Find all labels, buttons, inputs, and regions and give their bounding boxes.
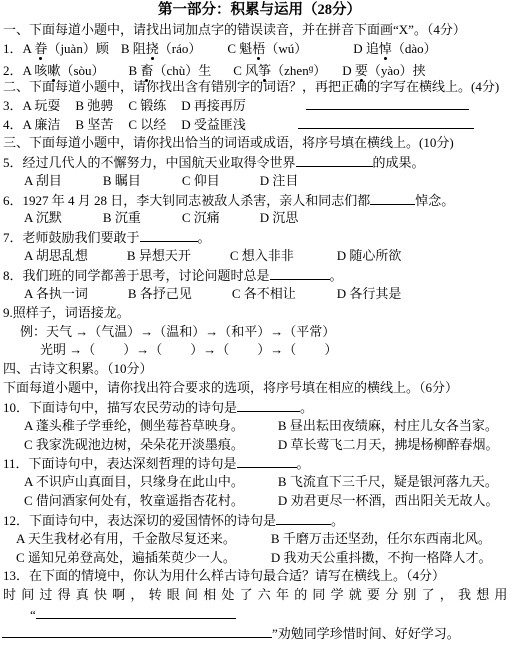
q10-stem: 10．下面诗句中，描写农民劳动的诗句是。 (0, 398, 519, 417)
text-run: B 昼出耘田夜绩麻，村庄儿女各当家。 (278, 418, 498, 433)
answer-blank (237, 398, 300, 412)
text-run: 3．A 玩耍 (3, 98, 60, 113)
text-run: 三、下面每道小题中，请你找出恰当的词语或成语，将序号填在横线上。(10分) (3, 135, 454, 150)
answer-blank (370, 191, 415, 205)
q9-stem: 9.照样子，词语接龙。 (0, 304, 519, 323)
text-run: ”劝勉同学珍惜时间、好好学习。 (272, 626, 460, 641)
q6-stem: 6．1927 年 4 月 28 日，李大钊同志被敌人杀害，亲人和同志们都悼念。 (0, 191, 519, 210)
answer-blank (296, 153, 373, 167)
text-run: D 劝君更尽一杯酒，西出阳关无故人。 (278, 493, 499, 508)
text-run: 的成果。 (373, 155, 425, 170)
text-run: C 魁 (227, 41, 252, 56)
text-run: 。 (300, 400, 313, 415)
text-run: C 遥知兄弟登高处，遍插茱萸少一人。 (16, 550, 236, 565)
text-run: D 草长莺飞二月天，拂堤杨柳醉春烟。 (278, 437, 499, 452)
spacer (105, 74, 129, 75)
text-run: （wú） (265, 41, 307, 56)
q2-options-row: 2．A 咳嗽（sòu）B 畜（chù）生C 风筝（zhenɡ）D 要（yào）挟 (0, 59, 519, 78)
spacer (246, 109, 306, 110)
text-run: 一、下面每道小题中，请找出词加点字的错误读音，并在拼音下面画“X”。（4分） (3, 22, 466, 37)
spacer (236, 561, 271, 562)
text-run: 11．下面诗句中，表达深刻哲理的诗句是 (3, 456, 237, 471)
dotted-char: 悼 (379, 40, 392, 59)
answer-blank (36, 605, 236, 619)
answer-blank (270, 266, 330, 280)
text-run: （chù）生 (153, 63, 211, 78)
text-run: 。 (331, 513, 344, 528)
spacer (229, 353, 257, 354)
answer-blank (298, 115, 474, 129)
text-run: ）→（ (257, 342, 296, 357)
q8-options: A 各执一词B 各抒己见C 各不相让D 各行其是 (0, 285, 519, 304)
exam-paper: 第一部分：积累与运用（28分） 一、下面每道小题中，请找出词加点字的错误读音，并… (0, 0, 519, 643)
text-run: D (342, 63, 355, 78)
spacer (244, 448, 278, 449)
q9-answer-row: 光明 →（）→（）→（）→（） (0, 341, 519, 360)
text-run: C 我家洗砚池边树，朵朵花开淡墨痕。 (24, 437, 244, 452)
text-run: （sòu） (60, 63, 104, 78)
dotted-char: 畜 (140, 62, 153, 81)
spacer (236, 542, 271, 543)
text-run: A 各执一词 (24, 286, 88, 301)
text-run: A 蓬头稚子学垂纶，侧坐莓苔草映身。 (24, 418, 244, 433)
text-run: 13．在下面的情境中，你认为用什么样古诗句最合适？请写在横线上。（4分） (3, 568, 445, 583)
spacer (95, 353, 123, 354)
q7-stem: 7．老师鼓励我们要敢于。 (0, 228, 519, 247)
spacer (88, 259, 127, 260)
text-run: D 随心所欲 (337, 248, 402, 263)
spacer (62, 221, 103, 222)
text-run: 悼念。 (415, 193, 454, 208)
spacer (60, 109, 75, 110)
text-run: B 瞩目 (103, 173, 141, 188)
text-run: C 风 (233, 63, 258, 78)
text-run: 。 (297, 456, 310, 471)
q12-stem: 12．下面诗句中，表达深切的爱国情怀的诗句是。 (0, 511, 519, 530)
text-run: A 不识庐山真面目，只缘身在此山中。 (24, 474, 244, 489)
spacer (296, 353, 324, 354)
spacer (191, 259, 230, 260)
text-run: 12．下面诗句中，表达深切的爱国情怀的诗句是 (3, 513, 276, 528)
text-run: 8．我们班的同学都善于思考，讨论问题时总是 (3, 268, 270, 283)
text-run: （dào） (392, 41, 437, 56)
q13-context: 时间过得真快啊，转眼间相处了六年的同学就要分别了，我想用 (0, 586, 519, 605)
text-run: B 阻 (121, 41, 146, 56)
text-run: A 天生我材必有用，千金散尽复还来。 (16, 531, 236, 546)
dotted-char: 要 (355, 62, 368, 81)
spacer (220, 221, 260, 222)
text-run: B 各抒己见 (128, 286, 192, 301)
dotted-char: 嗽 (47, 62, 60, 81)
text-run: C 仰目 (182, 173, 220, 188)
text-run: B 异想天开 (127, 248, 191, 263)
q10-options-cd: C 我家洗砚池边树，朵朵花开淡墨痕。D 草长莺飞二月天，拂堤杨柳醉春烟。 (0, 436, 519, 455)
text-run: D 追 (353, 41, 379, 56)
text-run: 10．下面诗句中，描写农民劳动的诗句是 (3, 400, 237, 415)
text-run: B 弛骋 (75, 98, 113, 113)
text-run: 时间过得真快啊，转眼间相处了六年的同学就要分别了，我想用 (3, 587, 513, 602)
q11-stem: 11．下面诗句中，表达深刻哲理的诗句是。 (0, 454, 519, 473)
text-run: ） (313, 63, 326, 78)
answer-blank (237, 454, 297, 468)
q8-stem: 8．我们班的同学都善于思考，讨论问题时总是。 (0, 266, 519, 285)
dotted-char: 梧 (252, 40, 265, 59)
spacer (141, 221, 182, 222)
q9-example: 例：天气 →（气温）→（温和）→（和平）→（平常） (0, 323, 519, 342)
spacer (244, 485, 278, 486)
text-run: 9.照样子，词语接龙。 (3, 305, 130, 320)
dotted-char: 挠 (146, 40, 159, 59)
spacer (307, 52, 353, 53)
page-title: 第一部分：积累与运用（28分） (0, 0, 519, 21)
spacer (141, 184, 182, 185)
text-run: 四、古诗文积累。（10分） (3, 361, 153, 376)
q13-stem: 13．在下面的情境中，你认为用什么样古诗句最合适？请写在横线上。（4分） (0, 567, 519, 586)
text-run: 5．经过几代人的不懈努力，中国航天业取得令世界 (3, 155, 296, 170)
text-run: C 锻练 (128, 98, 166, 113)
section3-instruction: 三、下面每道小题中，请你找出恰当的词语或成语，将序号填在横线上。(10分) (0, 134, 519, 153)
text-run: D 我劝天公重抖擞，不拘一格降人才。 (271, 550, 492, 565)
text-run: A 胡思乱想 (24, 248, 88, 263)
spacer (192, 297, 232, 298)
text-run: A 沉默 (24, 210, 62, 225)
q12-options-ab: A 天生我材必有用，千金散尽复还来。B 千磨万击还坚劲，任尔东西南北风。 (0, 530, 519, 549)
text-run: ）→（ (123, 342, 162, 357)
spacer (109, 52, 121, 53)
text-run: 下面每道小题中，请你找出符合要求的选项，将序号填在相应的横线上。（6分） (3, 380, 458, 395)
spacer (294, 259, 337, 260)
text-run: B 沉重 (103, 210, 141, 225)
spacer (326, 74, 342, 75)
q7-options: A 胡思乱想B 异想天开C 想入非非D 随心所欲 (0, 247, 519, 266)
spacer (60, 128, 75, 129)
text-run: D 沉思 (260, 210, 299, 225)
spacer (113, 109, 128, 110)
q1-options-row: 1．A 眷（juàn）顾B 阻挠（ráo）C 魁梧（wú）D 追悼（dào） (0, 40, 519, 59)
spacer (220, 184, 260, 185)
q5-options: A 刮目B 瞩目C 仰目D 注目 (0, 172, 519, 191)
text-run: 6．1927 年 4 月 28 日，李大钊同志被敌人杀害，亲人和同志们都 (3, 193, 370, 208)
spacer (246, 128, 298, 129)
text-run: B 千磨万击还坚劲，任尔东西南北风。 (271, 531, 491, 546)
text-run: D 注目 (260, 173, 299, 188)
text-run: （juàn）顾 (47, 41, 108, 56)
spacer (296, 297, 337, 298)
section4-header: 四、古诗文积累。（10分） (0, 360, 519, 379)
spacer (244, 429, 278, 430)
spacer (62, 184, 103, 185)
text-run: D 各行其是 (337, 286, 402, 301)
text-run: C 借问酒家何处有，牧童遥指杏花村。 (24, 493, 244, 508)
text-run: 。 (198, 230, 211, 245)
text-run: 4．A 廉洁 (3, 117, 60, 132)
section4-instruction: 下面每道小题中，请你找出符合要求的选项，将序号填在相应的横线上。（6分） (0, 379, 519, 398)
exam-body: 一、下面每道小题中，请找出词加点字的错误读音，并在拼音下面画“X”。（4分）1．… (0, 21, 519, 643)
spacer (88, 297, 128, 298)
section1-instruction: 一、下面每道小题中，请找出词加点字的错误读音，并在拼音下面画“X”。（4分） (0, 21, 519, 40)
dotted-char: 筝 (258, 62, 271, 81)
q13-answer-line-2: ”劝勉同学珍惜时间、好好学习。 (0, 624, 519, 643)
text-run: 2．A 咳 (3, 63, 47, 78)
text-run: B 坚苦 (75, 117, 113, 132)
text-run: 。 (330, 268, 343, 283)
text-run: B (129, 63, 141, 78)
text-run: （ráo） (159, 41, 202, 56)
text-run: A 刮目 (24, 173, 62, 188)
text-run: C 各不相让 (232, 286, 296, 301)
text-run: 二、下面每道小题中，请你找出含有错别字的词语？，再把正确的字写在横线上。(4分) (3, 79, 499, 94)
q11-options-ab: A 不识庐山真面目，只缘身在此山中。B 飞流直下三千尺，疑是银河落九天。 (0, 473, 519, 492)
text-run: 1．A (3, 41, 34, 56)
text-run: C 想入非非 (230, 248, 294, 263)
answer-blank (276, 511, 331, 525)
text-run: D 再接再厉 (181, 98, 246, 113)
q10-options-ab: A 蓬头稚子学垂纶，侧坐莓苔草映身。B 昼出耘田夜绩麻，村庄儿女各当家。 (0, 417, 519, 436)
spacer (244, 504, 278, 505)
answer-blank (2, 624, 272, 638)
answer-blank (306, 96, 469, 110)
q11-options-cd: C 借问酒家何处有，牧童遥指杏花村。D 劝君更尽一杯酒，西出阳关无故人。 (0, 492, 519, 511)
q6-options: A 沉默B 沉重C 沉痛D 沉思 (0, 209, 519, 228)
text-run: D 受益匪浅 (181, 117, 246, 132)
spacer (201, 52, 227, 53)
q3-row: 3．A 玩耍B 弛骋C 锻练D 再接再厉 (0, 96, 519, 115)
text-run: 例：天气 →（气温）→（温和）→（和平）→（平常） (20, 324, 335, 339)
text-run: ）→（ (190, 342, 229, 357)
text-run: （yào）挟 (368, 63, 426, 78)
text-run: C 以经 (128, 117, 166, 132)
text-run: 7．老师鼓励我们要敢于 (3, 230, 140, 245)
spacer (166, 128, 181, 129)
text-run: B 飞流直下三千尺，疑是银河落九天。 (278, 474, 498, 489)
spacer (113, 128, 128, 129)
spacer (211, 74, 233, 75)
q5-stem: 5．经过几代人的不懈努力，中国航天业取得令世界的成果。 (0, 153, 519, 172)
text-run: ） (324, 342, 337, 357)
spacer (162, 353, 190, 354)
q12-options-cd: C 遥知兄弟登高处，遍插茱萸少一人。D 我劝天公重抖擞，不拘一格降人才。 (0, 549, 519, 568)
dotted-char: 眷 (34, 40, 47, 59)
text-run: C 沉痛 (182, 210, 220, 225)
q13-answer-line-1: “ (0, 605, 519, 624)
q4-row: 4．A 廉洁B 坚苦C 以经D 受益匪浅 (0, 115, 519, 134)
spacer (166, 109, 181, 110)
text-run: （zhen (271, 63, 309, 78)
text-run: 光明 →（ (40, 342, 95, 357)
answer-blank (140, 228, 198, 242)
